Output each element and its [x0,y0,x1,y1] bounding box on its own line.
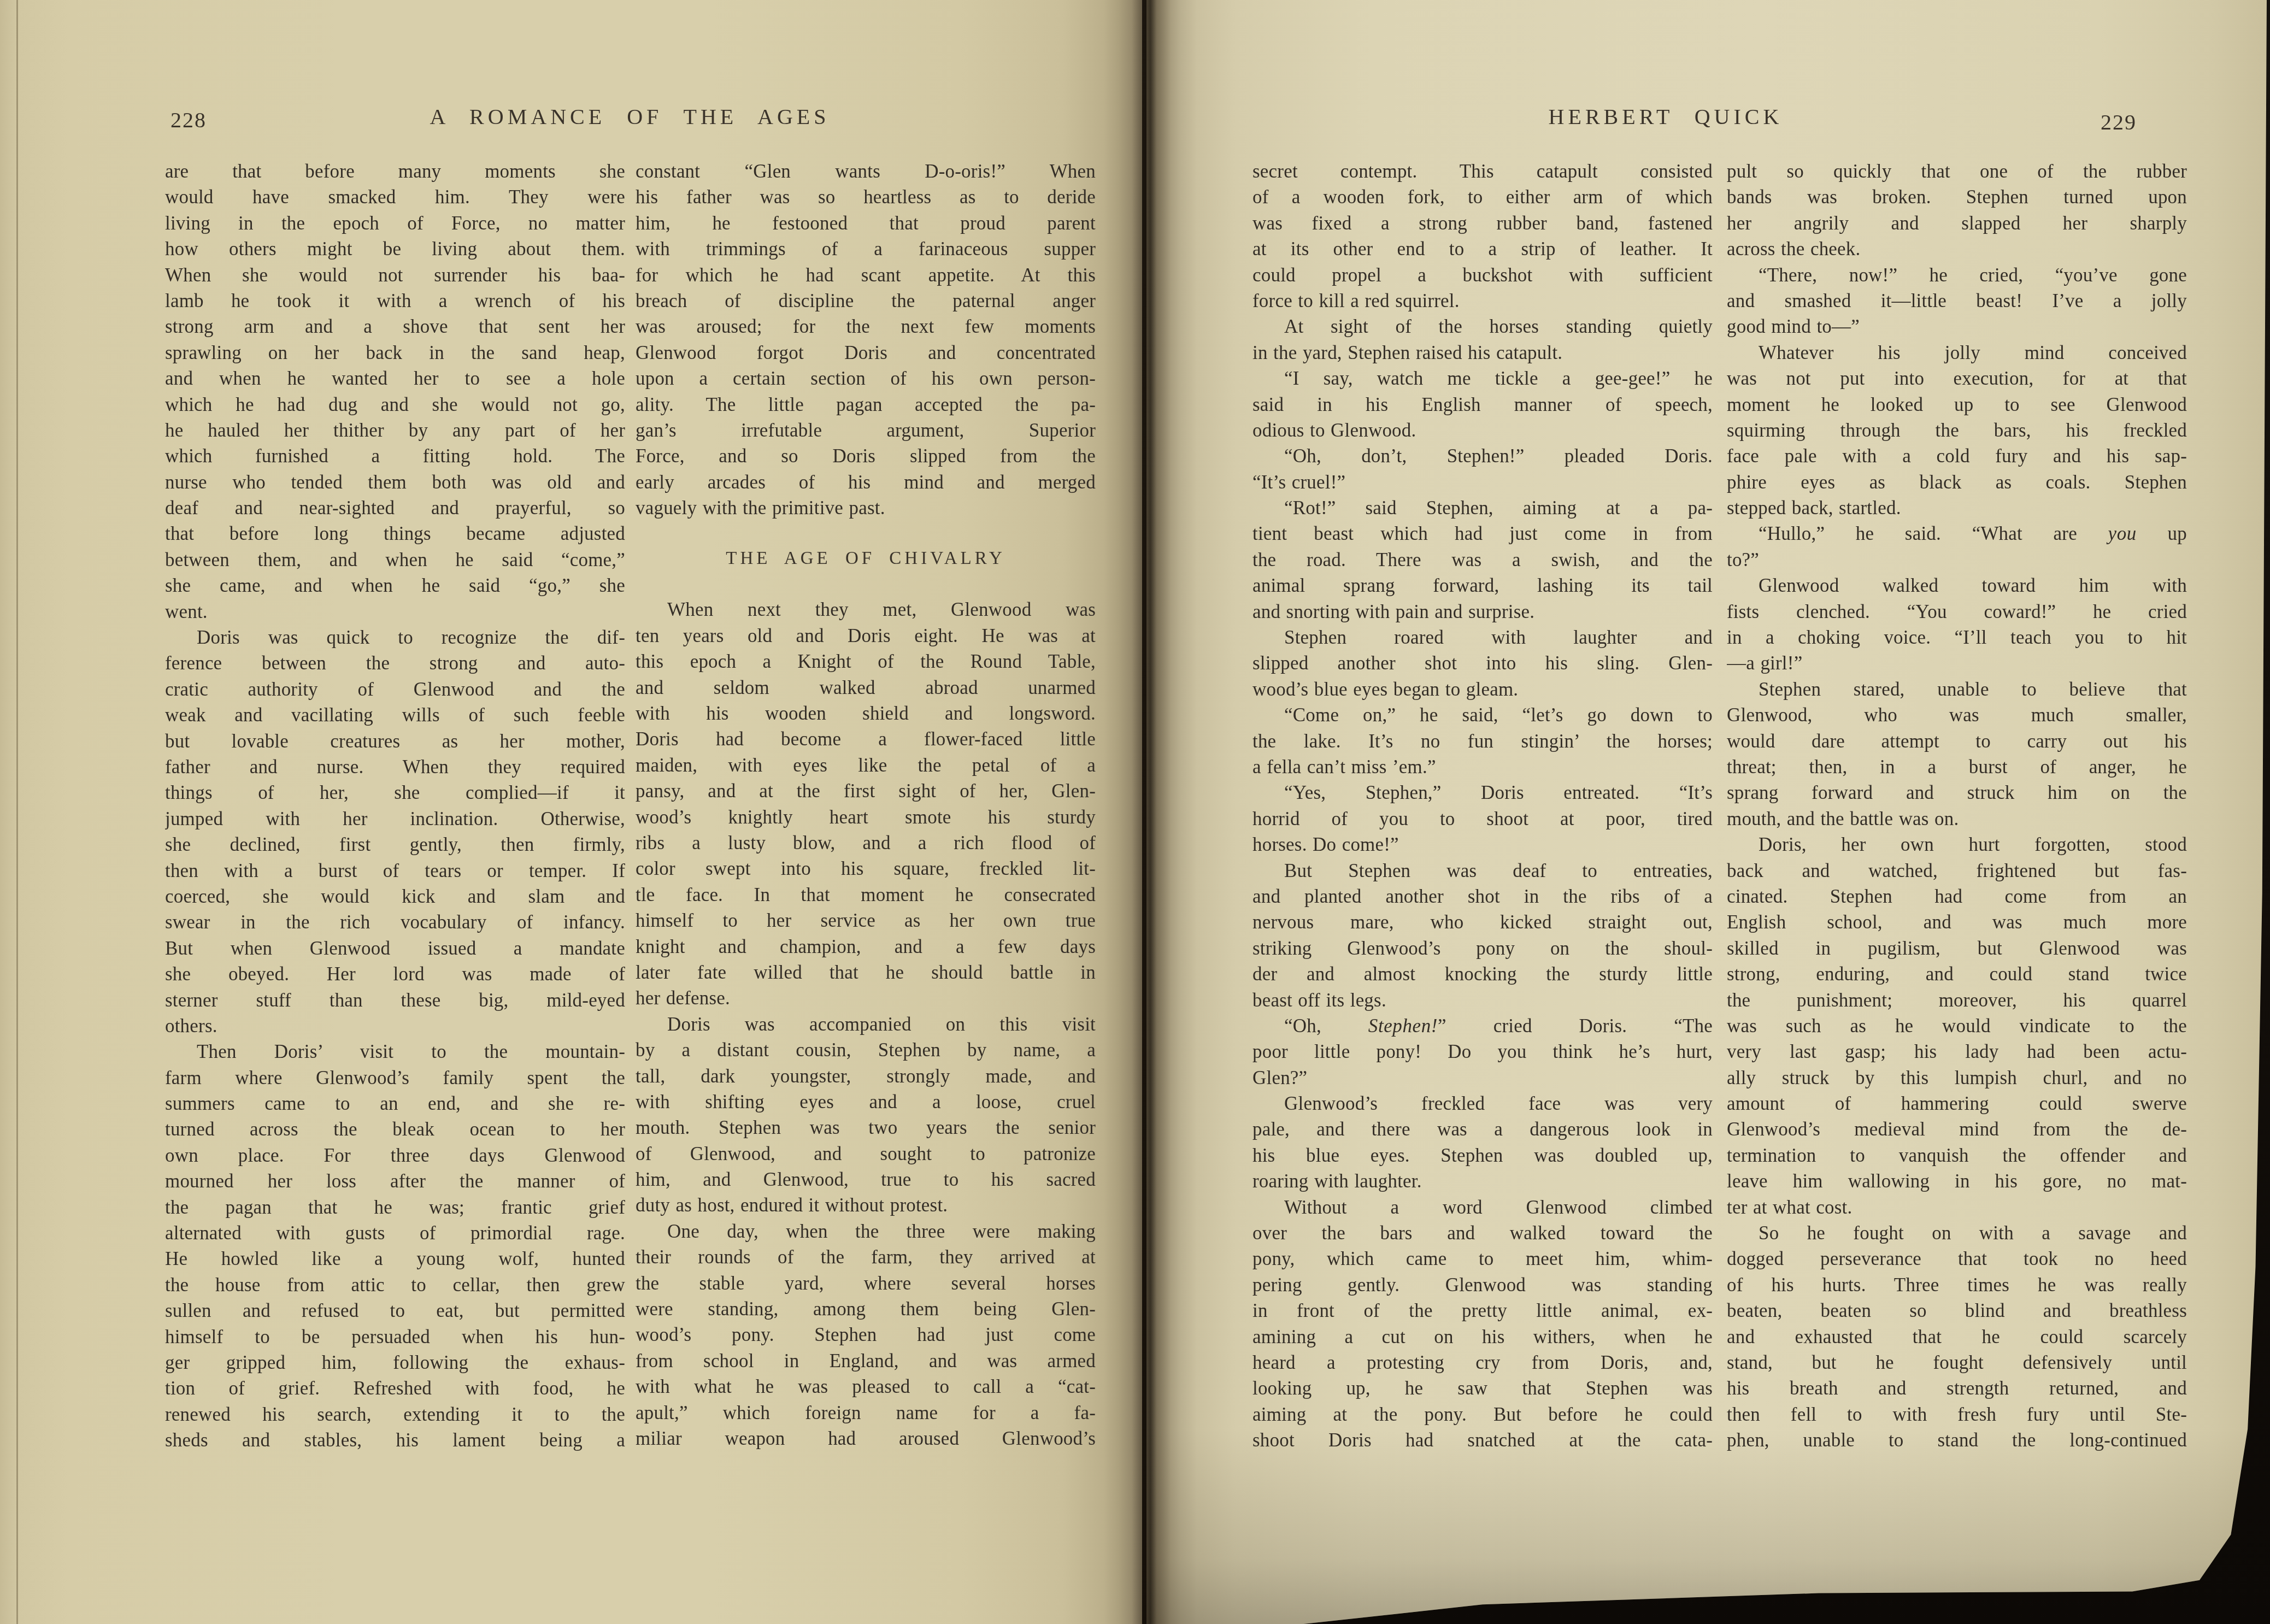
text-line: pony, which came to meet him, whim- [1252,1246,1713,1272]
text-line: aiming at the pony. But before he could [1252,1402,1713,1427]
text-line: deaf and near-sighted and prayerful, so [165,495,625,521]
text-line: cinated. Stephen had come from an [1727,884,2187,909]
text-line: the lake. It’s no fun stingin’ the horse… [1252,728,1713,754]
text-line: At sight of the horses standing quietly [1252,314,1713,339]
text-line: with his wooden shield and longsword. [636,701,1096,726]
text-line: But when Glenwood issued a mandate [165,935,625,961]
text-line: roaring with laughter. [1252,1168,1713,1194]
text-line: and exhausted that he could scarcely [1727,1324,2187,1350]
text-line: Glenwood walked toward him with [1727,573,2187,598]
text-line: but lovable creatures as her mother, [165,728,625,754]
text-line: Whatever his jolly mind conceived [1727,340,2187,366]
text-line: early arcades of his mind and merged [636,469,1096,495]
text-line: Glenwood, who was much smaller, [1727,702,2187,728]
text-line: “Hullo,” he said. “What are you up [1727,521,2187,546]
text-line: she came, and when he said “go,” she [165,573,625,598]
text-line: wood’s pony. Stephen had just come [636,1322,1096,1348]
text-line: coerced, she would kick and slam and [165,884,625,909]
text-line: living in the epoch of Force, no matter [165,210,625,236]
text-line: how others might be living about them. [165,236,625,262]
text-line: others. [165,1013,625,1039]
text-line: force to kill a red squirrel. [1252,288,1713,314]
text-line: sullen and refused to eat, but permitted [165,1298,625,1323]
text-line: she obeyed. Her lord was made of [165,961,625,987]
text-line: amount of hammering could swerve [1727,1091,2187,1116]
text-line: at its other end to a strip of leather. … [1252,236,1713,262]
text-line: was not put into execution, for at that [1727,366,2187,391]
text-line: he hauled her thither by any part of her [165,417,625,443]
text-line: maiden, with eyes like the petal of a [636,752,1096,778]
text-line: his blue eyes. Stephen was doubled up, [1252,1143,1713,1168]
text-line: color swept into his square, freckled li… [636,856,1096,881]
book-spread: 228 A ROMANCE OF THE AGES are that befor… [0,0,2270,1624]
page-right: 229 HERBERT QUICK secret contempt. This … [1146,0,2267,1624]
text-line: fists clenched. “You coward!” he cried [1727,599,2187,625]
text-line: and snorting with pain and surprise. [1252,599,1713,625]
text-line: was such as he would vindicate to the [1727,1013,2187,1039]
text-line: his breath and strength returned, and [1727,1375,2187,1401]
text-line: pering gently. Glenwood was standing [1252,1272,1713,1298]
text-line: vaguely with the primitive past. [636,495,1096,521]
text-line: slipped another shot into his sling. Gle… [1252,650,1713,676]
text-line: would dare attempt to carry out his [1727,728,2187,754]
text-line: Stephen roared with laughter and [1252,625,1713,650]
text-line: himself to be persuaded when his hun- [165,1324,625,1350]
text-line: “Oh, don’t, Stephen!” pleaded Doris. [1252,443,1713,469]
text-line: tient beast which had just come in from [1252,521,1713,546]
text-line: secret contempt. This catapult consisted [1252,158,1713,184]
text-line: in front of the pretty little animal, ex… [1252,1298,1713,1323]
text-line: turned across the bleak ocean to her [165,1116,625,1142]
text-line: shoot Doris had snatched at the cata- [1252,1427,1713,1453]
text-line: of Glenwood, and sought to patronize [636,1141,1096,1167]
page-header-right: HERBERT QUICK [1228,104,2103,139]
text-line: which he had dug and she would not go, [165,392,625,417]
text-line: “Rot!” said Stephen, aiming at a pa- [1252,495,1713,521]
text-line: Glenwood’s freckled face was very [1252,1091,1713,1116]
text-line: wood’s blue eyes began to gleam. [1252,676,1713,702]
text-line: the house from attic to cellar, then gre… [165,1272,625,1298]
text-line: weak and vacillating wills of such feebl… [165,702,625,728]
text-line: nervous mare, who kicked straight out, [1252,909,1713,935]
text-line: went. [165,599,625,625]
right-page-column-2: pult so quickly that one of the rubberba… [1727,158,2187,1454]
text-line: lamb he took it with a wrench of his [165,288,625,314]
text-line: constant “Glen wants D-o-oris!” When [636,158,1096,184]
text-line: that before long things became adjusted [165,521,625,546]
text-line: would have smacked him. They were [165,184,625,210]
text-line: a fella can’t miss ’em.” [1252,754,1713,780]
section-heading: THE AGE OF CHIVALRY [636,546,1096,572]
text-line: animal sprang forward, lashing its tail [1252,573,1713,598]
text-line: very last gasp; his lady had been actu- [1727,1039,2187,1064]
text-line: Without a word Glenwood climbed [1252,1195,1713,1220]
text-line: Then Doris’ visit to the mountain- [165,1039,625,1064]
text-line: and seldom walked abroad unarmed [636,675,1096,701]
text-line: ger gripped him, following the exhaus- [165,1350,625,1375]
text-line: nurse who tended them both was old and [165,469,625,495]
text-line: swear in the rich vocabulary of infancy. [165,909,625,935]
text-line: Doris had become a flower-faced little [636,726,1096,752]
text-line: him, and Glenwood, true to his sacred [636,1167,1096,1192]
text-line: moment he looked up to see Glenwood [1727,392,2187,417]
text-line: for which he had scant appetite. At this [636,262,1096,288]
text-line: miliar weapon had aroused Glenwood’s [636,1426,1096,1451]
text-line: mouth. Stephen was two years the senior [636,1115,1096,1140]
text-line: Glenwood’s medieval mind from the de- [1727,1116,2187,1142]
text-line: summers came to an end, and she re- [165,1091,625,1116]
text-line: mourned her loss after the manner of [165,1168,625,1194]
text-line: over the bars and walked toward the [1252,1220,1713,1246]
text-line: horses. Do come!” [1252,832,1713,857]
text-line: odious to Glenwood. [1252,417,1713,443]
text-line: and smashed it—little beast! I’ve a joll… [1727,288,2187,314]
left-page-column-2: constant “Glen wants D-o-oris!” Whenhis … [636,158,1096,1451]
text-line: from school in England, and was armed [636,1348,1096,1374]
text-line: wood’s knightly heart smote his sturdy [636,804,1096,830]
text-line: in the yard, Stephen raised his catapult… [1252,340,1713,366]
text-line: sprawling on her back in the sand heap, [165,340,625,366]
text-line: upon a certain section of his own person… [636,366,1096,391]
text-line: “Come on,” he said, “let’s go down to [1252,702,1713,728]
text-line: renewed his search, extending it to the [165,1402,625,1427]
text-line: tle face. In that moment he consecrated [636,882,1096,908]
text-line: stepped back, startled. [1727,495,2187,521]
text-line: of his hurts. Three times he was really [1727,1272,2187,1298]
text-line: When she would not surrender his baa- [165,262,625,288]
text-line: duty as host, endured it without protest… [636,1192,1096,1218]
text-line: jumped with her inclination. Otherwise, [165,806,625,832]
text-line: are that before many moments she [165,158,625,184]
text-line: this epoch a Knight of the Round Table, [636,649,1096,674]
text-line: Glen?” [1252,1065,1713,1091]
text-line: could propel a buckshot with sufficient [1252,262,1713,288]
text-line: and planted another shot in the ribs of … [1252,884,1713,909]
page-left: 228 A ROMANCE OF THE AGES are that befor… [0,0,1142,1624]
text-line: Stephen stared, unable to believe that [1727,676,2187,702]
text-line: threat; then, in a burst of anger, he [1727,754,2187,780]
text-line: his father was so heartless as to deride [636,184,1096,210]
text-line: dogged perseverance that took no heed [1727,1246,2187,1272]
text-line: him, he festooned that proud parent [636,210,1096,236]
text-line: ally struck by this lumpish churl, and n… [1727,1065,2187,1091]
text-line: which furnished a fitting hold. The [165,443,625,469]
text-line: “Oh, Stephen!” cried Doris. “The [1252,1013,1713,1039]
text-line: the pagan that he was; frantic grief [165,1195,625,1220]
running-header-right: HERBERT QUICK [1228,104,2103,130]
left-page-column-1: are that before many moments shewould ha… [165,158,625,1454]
text-line: pale, and there was a dangerous look in [1252,1116,1713,1142]
text-line: in a choking voice. “I’ll teach you to h… [1727,625,2187,650]
text-line: poor little pony! Do you think he’s hurt… [1252,1039,1713,1064]
text-line: own place. For three days Glenwood [165,1143,625,1168]
text-line: beast off its legs. [1252,987,1713,1013]
text-line: striking Glenwood’s pony on the shoul- [1252,935,1713,961]
text-line: sprang forward and struck him on the [1727,780,2187,805]
text-line: amining a cut on his withers, when he [1252,1324,1713,1350]
text-line: farm where Glenwood’s family spent the [165,1065,625,1091]
right-page-column-1: secret contempt. This catapult consisted… [1252,158,1713,1454]
text-line: then fell to with fresh fury until Ste- [1727,1402,2187,1427]
text-line: English school, and was much more [1727,909,2187,935]
text-line: “It’s cruel!” [1252,469,1713,495]
text-line: squirming through the bars, his freckled [1727,417,2187,443]
text-line: ribs a lusty blow, and a rich flood of [636,830,1096,856]
text-line: was aroused; for the next few moments [636,314,1096,339]
text-line: said in his English manner of speech, [1252,392,1713,417]
text-line: tion of grief. Refreshed with food, he [165,1375,625,1401]
text-line: strong, enduring, and could stand twice [1727,961,2187,987]
text-line: leave him wallowing in his gore, no mat- [1727,1168,2187,1194]
text-line: phire eyes as black as coals. Stephen [1727,469,2187,495]
text-line: her angrily and slapped her sharply [1727,210,2187,236]
text-line: —a girl!” [1727,650,2187,676]
text-line: her defense. [636,985,1096,1011]
text-line: “I say, watch me tickle a gee-gee!” he [1252,366,1713,391]
text-line: sterner stuff than these big, mild-eyed [165,987,625,1013]
text-line: heard a protesting cry from Doris, and, [1252,1350,1713,1375]
text-line: alternated with gusts of primordial rage… [165,1220,625,1246]
text-line: beaten, beaten so blind and breathless [1727,1298,2187,1323]
text-line: “Yes, Stephen,” Doris entreated. “It’s [1252,780,1713,805]
text-line: But Stephen was deaf to entreaties, [1252,858,1713,884]
text-line: Doris was quick to recognize the dif- [165,625,625,650]
text-line: breach of discipline the paternal anger [636,288,1096,314]
text-line: sheds and stables, his lament being a [165,1427,625,1453]
text-line: to?” [1727,547,2187,573]
text-line: stand, but he fought defensively until [1727,1350,2187,1375]
text-line: He howled like a young wolf, hunted [165,1246,625,1272]
text-line: Force, and so Doris slipped from the [636,443,1096,469]
text-line: the punishment; moreover, his quarrel [1727,987,2187,1013]
running-header-left: A ROMANCE OF THE AGES [164,104,1096,130]
text-line: by a distant cousin, Stephen by name, a [636,1037,1096,1063]
text-line: One day, when the three were making [636,1219,1096,1244]
text-line: ality. The little pagan accepted the pa- [636,392,1096,417]
text-line: was fixed a strong rubber band, fastened [1252,210,1713,236]
text-line: phen, unable to stand the long-continued [1727,1427,2187,1453]
text-line: skilled in pugilism, but Glenwood was [1727,935,2187,961]
text-line: things of her, she complied—if it [165,780,625,805]
text-line: ter at what cost. [1727,1195,2187,1220]
text-line: were standing, among them being Glen- [636,1296,1096,1322]
text-line: back and watched, frightened but fas- [1727,858,2187,884]
text-line: then with a burst of tears or temper. If [165,858,625,884]
text-line: face pale with a cold fury and his sap- [1727,443,2187,469]
text-line: gan’s irrefutable argument, Superior [636,417,1096,443]
text-line: between them, and when he said “come,” [165,547,625,573]
page-number-right: 229 [2101,109,2137,135]
text-line: of a wooden fork, to either arm of which [1252,184,1713,210]
text-line: Doris, her own hurt forgotten, stood [1727,832,2187,857]
text-line: the stable yard, where several horses [636,1270,1096,1296]
text-line: himself to her service as her own true [636,908,1096,933]
text-line: “There, now!” he cried, “you’ve gone [1727,262,2187,288]
text-line: their rounds of the farm, they arrived a… [636,1244,1096,1270]
text-line: she declined, first gently, then firmly, [165,832,625,857]
text-line: the road. There was a swish, and the [1252,547,1713,573]
text-line: pult so quickly that one of the rubber [1727,158,2187,184]
text-line: with shifting eyes and a loose, cruel [636,1089,1096,1115]
page-edge-line [16,0,18,1624]
page-header-left: A ROMANCE OF THE AGES [164,104,1096,139]
text-line: Doris was accompanied on this visit [636,1011,1096,1037]
text-line: father and nurse. When they required [165,754,625,780]
text-line: later fate willed that he should battle … [636,960,1096,985]
text-line: tall, dark youngster, strongly made, and [636,1063,1096,1089]
text-line: across the cheek. [1727,236,2187,262]
text-line: ten years old and Doris eight. He was at [636,623,1096,649]
text-line: ference between the strong and auto- [165,650,625,676]
text-line: horrid of you to shoot at poor, tired [1252,806,1713,832]
text-line: with what he was pleased to call a “cat- [636,1374,1096,1399]
text-line: Glenwood forgot Doris and concentrated [636,340,1096,366]
text-line: So he fought on with a savage and [1727,1220,2187,1246]
text-line: When next they met, Glenwood was [636,597,1096,622]
text-line: bands was broken. Stephen turned upon [1727,184,2187,210]
text-line: pansy, and at the first sight of her, Gl… [636,778,1096,804]
text-line: good mind to—” [1727,314,2187,339]
text-line: apult,” which foreign name for a fa- [636,1400,1096,1426]
text-line: with trimmings of a farinaceous supper [636,236,1096,262]
text-line: strong arm and a shove that sent her [165,314,625,339]
text-line: knight and champion, and a few days [636,934,1096,960]
text-line: mouth, and the battle was on. [1727,806,2187,832]
text-line: der and almost knocking the sturdy littl… [1252,961,1713,987]
text-line: cratic authority of Glenwood and the [165,676,625,702]
text-line: looking up, he saw that Stephen was [1252,1375,1713,1401]
text-line: termination to vanquish the offender and [1727,1143,2187,1168]
text-line: and when he wanted her to see a hole [165,366,625,391]
